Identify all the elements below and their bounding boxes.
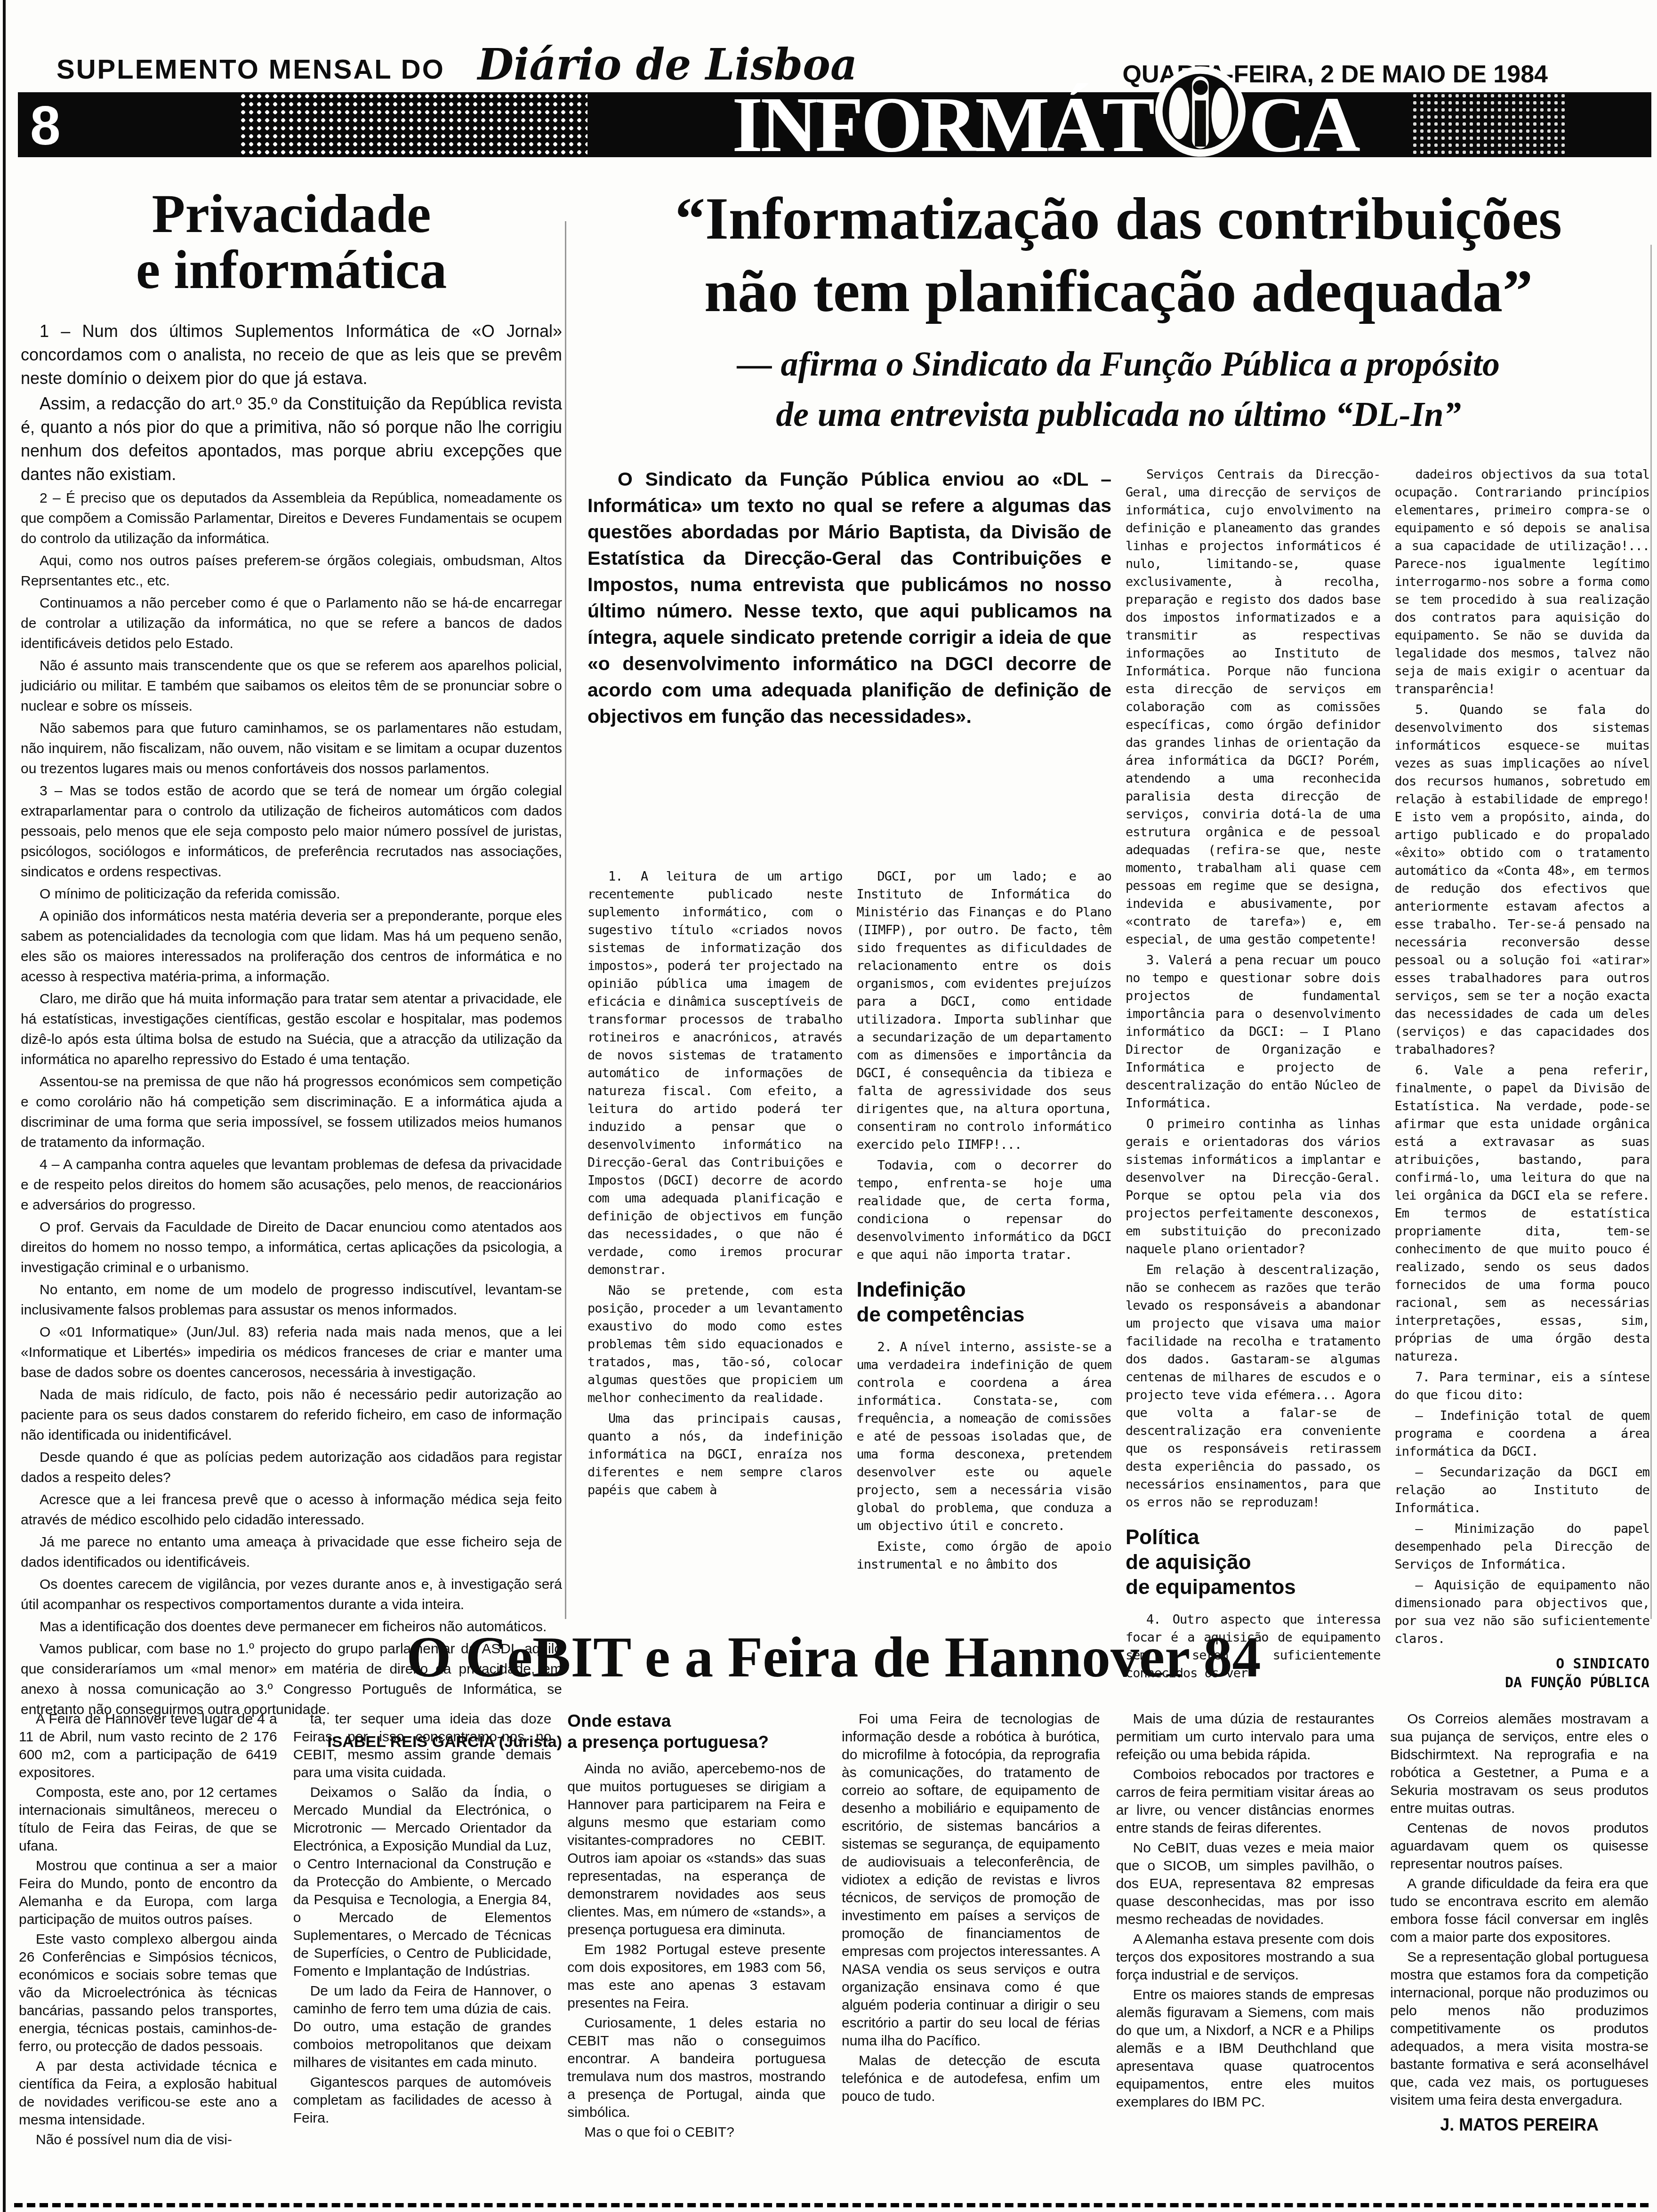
paragraph: Se a representação global portuguesa mos…: [1390, 1948, 1649, 2109]
paragraph: A grande dificuldade da feira era que tu…: [1390, 1875, 1649, 1947]
cebit-col3-subhead: Onde estava a presença portuguesa?: [567, 1710, 826, 1753]
union-col2-subhead-line1: Indefinição: [857, 1278, 966, 1301]
union-column-1: 1. A leitura de um artigo recentemente p…: [587, 868, 843, 1692]
cebit-col6-body: Os Correios alemães mostravam a sua puja…: [1390, 1710, 1649, 2109]
paragraph: Malas de detecção de escuta telefónica e…: [842, 2052, 1100, 2106]
article-cebit-hannover: O CeBIT e a Feira de Hannover 84 A Feira…: [19, 1625, 1649, 2151]
masthead-title: INFORMÁT CA: [732, 92, 1358, 157]
article-privacidade-e-informatica: Privacidade e informática 1 – Num dos úl…: [21, 186, 562, 1751]
union-col3-subhead-line1: Política: [1126, 1526, 1199, 1549]
paragraph: Curiosamente, 1 deles estaria no CEBIT m…: [567, 2014, 826, 2122]
union-col3-subhead: Política de aquisição de equipamentos: [1126, 1525, 1381, 1600]
paragraph: De um lado da Feira de Hannover, o camin…: [293, 1982, 552, 2072]
paragraph: A Feira de Hannover teve lugar de 4 a 11…: [19, 1710, 277, 1782]
privacy-lead: 1 – Num dos últimos Suplementos Informát…: [21, 320, 562, 486]
paragraph: Gigantescos parques de automóveis comple…: [293, 2074, 552, 2127]
paragraph: Aqui, como nos outros países preferem-se…: [21, 551, 562, 591]
paragraph: Comboios rebocados por tractores e carro…: [1116, 1766, 1375, 1837]
privacy-title-line1: Privacidade: [152, 184, 431, 244]
paragraph: Deixamos o Salão da Índia, o Mercado Mun…: [293, 1784, 552, 1980]
privacy-title-line2: e informática: [136, 240, 447, 300]
paragraph: Mas o que foi o CEBIT?: [567, 2124, 826, 2141]
paragraph: Mais de uma dúzia de restaurantes permit…: [1116, 1710, 1375, 1764]
paragraph: Ainda no avião, apercebemo-nos de que mu…: [567, 1760, 826, 1939]
paragraph: No entanto, em nome de um modelo de prog…: [21, 1280, 562, 1320]
paragraph: Os doentes carecem de vigilância, por ve…: [21, 1574, 562, 1615]
cebit-column-3: Onde estava a presença portuguesa? Ainda…: [567, 1710, 826, 2151]
paragraph: Todavia, com o decorrer do tempo, enfren…: [857, 1157, 1112, 1264]
column-rule-right: [1650, 245, 1652, 1619]
paragraph: 2 – É preciso que os deputados da Assemb…: [21, 488, 562, 549]
paragraph: 4 – A campanha contra aqueles que levant…: [21, 1154, 562, 1215]
union-column-3: Serviços Centrais da Direcção-Geral, uma…: [1126, 466, 1381, 1692]
paragraph: Não sabemos para que futuro caminhamos, …: [21, 718, 562, 779]
paragraph: — Minimização do papel desempenhado pela…: [1395, 1520, 1650, 1574]
paragraph: — Indefinição total de quem programa e c…: [1395, 1407, 1650, 1461]
union-col2-top: DGCI, por um lado; e ao Instituto de Inf…: [857, 868, 1112, 1264]
cebit-column-1: A Feira de Hannover teve lugar de 4 a 11…: [19, 1710, 277, 2151]
paragraph: 7. Para terminar, eis a síntese do que f…: [1395, 1369, 1650, 1404]
paragraph: Já me parece no entanto uma ameaça à pri…: [21, 1532, 562, 1572]
paragraph: Existe, como órgão de apoio instrumental…: [857, 1538, 1112, 1574]
paragraph: 1. A leitura de um artigo recentemente p…: [587, 868, 843, 1279]
paragraph: ta, ter sequer uma ideia das doze Feiras…: [293, 1710, 552, 1782]
paragraph: O prof. Gervais da Faculdade de Direito …: [21, 1217, 562, 1278]
paragraph: Acresce que a lei francesa prevê que o a…: [21, 1490, 562, 1530]
paragraph: Assentou-se na premissa de que não há pr…: [21, 1072, 562, 1153]
paragraph: Assim, a redacção do art.º 35.º da Const…: [21, 392, 562, 486]
union-col2-subhead-line2: de competências: [857, 1303, 1025, 1326]
paragraph: Não se pretende, com esta posição, proce…: [587, 1282, 843, 1407]
privacy-article-title: Privacidade e informática: [21, 186, 562, 299]
paragraph: A opinião dos informáticos nesta matéria…: [21, 906, 562, 987]
paragraph: Foi uma Feira de tecnologias de informaç…: [842, 1710, 1100, 2050]
paragraph: Este vasto complexo albergou ainda 26 Co…: [19, 1931, 277, 2056]
union-intro: O Sindicato da Função Pública enviou ao …: [587, 466, 1111, 847]
paragraph: Em relação à descentralização, não se co…: [1126, 1261, 1381, 1512]
cebit-col3-subhead-line1: Onde estava: [567, 1711, 671, 1731]
paragraph: Entre os maiores stands de empresas alem…: [1116, 1986, 1375, 2111]
union-column-2: DGCI, por um lado; e ao Instituto de Inf…: [857, 868, 1112, 1692]
paragraph: 2. A nível interno, assiste-se a uma ver…: [857, 1338, 1112, 1535]
supplement-label: SUPLEMENTO MENSAL DO: [56, 54, 445, 85]
paragraph: DGCI, por um lado; e ao Instituto de Inf…: [857, 868, 1112, 1154]
cebit-byline: J. MATOS PEREIRA: [1390, 2115, 1649, 2135]
paragraph: O mínimo de politicização da referida co…: [21, 884, 562, 904]
paragraph: Não é possível num dia de visi-: [19, 2131, 277, 2149]
paragraph: A Alemanha estava presente com dois terç…: [1116, 1931, 1375, 1984]
union-subhead-line2: de uma entrevista publicada no último “D…: [776, 395, 1461, 434]
privacy-body: 2 – É preciso que os deputados da Assemb…: [21, 488, 562, 1720]
masthead-text-right: CA: [1248, 80, 1358, 170]
paragraph: O primeiro continha as linhas gerais e o…: [1126, 1115, 1381, 1258]
cebit-column-6: Os Correios alemães mostravam a sua puja…: [1390, 1710, 1649, 2151]
union-column-4: dadeiros objectivos da sua total ocupaçã…: [1395, 466, 1650, 1692]
informatica-i-circle-icon: [1154, 79, 1247, 171]
paragraph: Nada de mais ridículo, de facto, pois nã…: [21, 1385, 562, 1445]
paragraph: Centenas de novos produtos aguardavam qu…: [1390, 1819, 1649, 1873]
paragraph: dadeiros objectivos da sua total ocupaçã…: [1395, 466, 1650, 698]
paragraph: 6. Vale a pena referir, finalmente, o pa…: [1395, 1062, 1650, 1366]
union-subhead-line1: — afirma o Sindicato da Função Pública a…: [737, 345, 1500, 384]
paragraph: Não é assunto mais transcendente que os …: [21, 656, 562, 716]
paragraph: Os Correios alemães mostravam a sua puja…: [1390, 1710, 1649, 1818]
paragraph: Composta, este ano, por 12 certames inte…: [19, 1784, 277, 1855]
cebit-col3-subhead-line2: a presença portuguesa?: [567, 1732, 769, 1752]
union-headline-line1: “Informatização das contribuições: [675, 185, 1562, 252]
paragraph: A par desta actividade técnica e científ…: [19, 2058, 277, 2129]
paragraph: 3 – Mas se todos estão de acordo que se …: [21, 781, 562, 882]
union-col2-bottom: 2. A nível interno, assiste-se a uma ver…: [857, 1338, 1112, 1574]
paragraph: Uma das principais causas, quanto a nós,…: [587, 1410, 843, 1499]
union-headline-line2: não tem planificação adequada”: [704, 257, 1533, 324]
paragraph: Continuamos a não perceber como é que o …: [21, 593, 562, 654]
paragraph: Em 1982 Portugal esteve presente com doi…: [567, 1941, 826, 2012]
column-rule-left: [565, 221, 566, 1619]
union-columns: O Sindicato da Função Pública enviou ao …: [587, 466, 1649, 1692]
paragraph: No CeBIT, duas vezes e meia maior que o …: [1116, 1839, 1375, 1929]
paragraph: — Secundarização da DGCI em relação ao I…: [1395, 1464, 1650, 1517]
cebit-column-2: ta, ter sequer uma ideia das doze Feiras…: [293, 1710, 552, 2151]
paragraph: 5. Quando se fala do desenvolvimento dos…: [1395, 701, 1650, 1059]
paragraph: 3. Valerá a pena recuar um pouco no temp…: [1126, 952, 1381, 1113]
halftone-texture-left: [239, 92, 587, 157]
union-headline: “Informatização das contribuições não te…: [587, 183, 1649, 327]
union-col3-top: Serviços Centrais da Direcção-Geral, uma…: [1126, 466, 1381, 1512]
article-informatizacao-contribuicoes: “Informatização das contribuições não te…: [587, 183, 1649, 1692]
cebit-column-4: Foi uma Feira de tecnologias de informaç…: [842, 1710, 1100, 2151]
paragraph: O Sindicato da Função Pública enviou ao …: [587, 466, 1111, 729]
union-col4-body: dadeiros objectivos da sua total ocupaçã…: [1395, 466, 1650, 1648]
cebit-columns: A Feira de Hannover teve lugar de 4 a 11…: [19, 1710, 1649, 2151]
cebit-column-5: Mais de uma dúzia de restaurantes permit…: [1116, 1710, 1375, 2151]
paragraph: Claro, me dirão que há muita informação …: [21, 989, 562, 1070]
paragraph: Mostrou que continua a ser a maior Feira…: [19, 1857, 277, 1929]
paragraph: Serviços Centrais da Direcção-Geral, uma…: [1126, 466, 1381, 949]
page-number: 8: [30, 94, 61, 157]
paragraph: 1 – Num dos últimos Suplementos Informát…: [21, 320, 562, 390]
union-subhead: — afirma o Sindicato da Função Pública a…: [587, 339, 1649, 441]
paragraph: O «01 Informatique» (Jun/Jul. 83) referi…: [21, 1322, 562, 1383]
newspaper-page: SUPLEMENTO MENSAL DO Diário de Lisboa QU…: [0, 0, 1657, 2212]
cebit-headline: O CeBIT e a Feira de Hannover 84: [19, 1625, 1649, 1691]
halftone-texture-right: [1411, 92, 1567, 157]
paragraph: Desde quando é que as polícias pedem aut…: [21, 1447, 562, 1488]
masthead-text-left: INFORMÁT: [732, 80, 1152, 170]
union-col2-subhead: Indefinição de competências: [857, 1277, 1112, 1327]
union-col3-subhead-line3: de equipamentos: [1126, 1576, 1296, 1599]
cebit-col3-body: Ainda no avião, apercebemo-nos de que mu…: [567, 1760, 826, 2141]
union-col3-subhead-line2: de aquisição: [1126, 1551, 1251, 1574]
